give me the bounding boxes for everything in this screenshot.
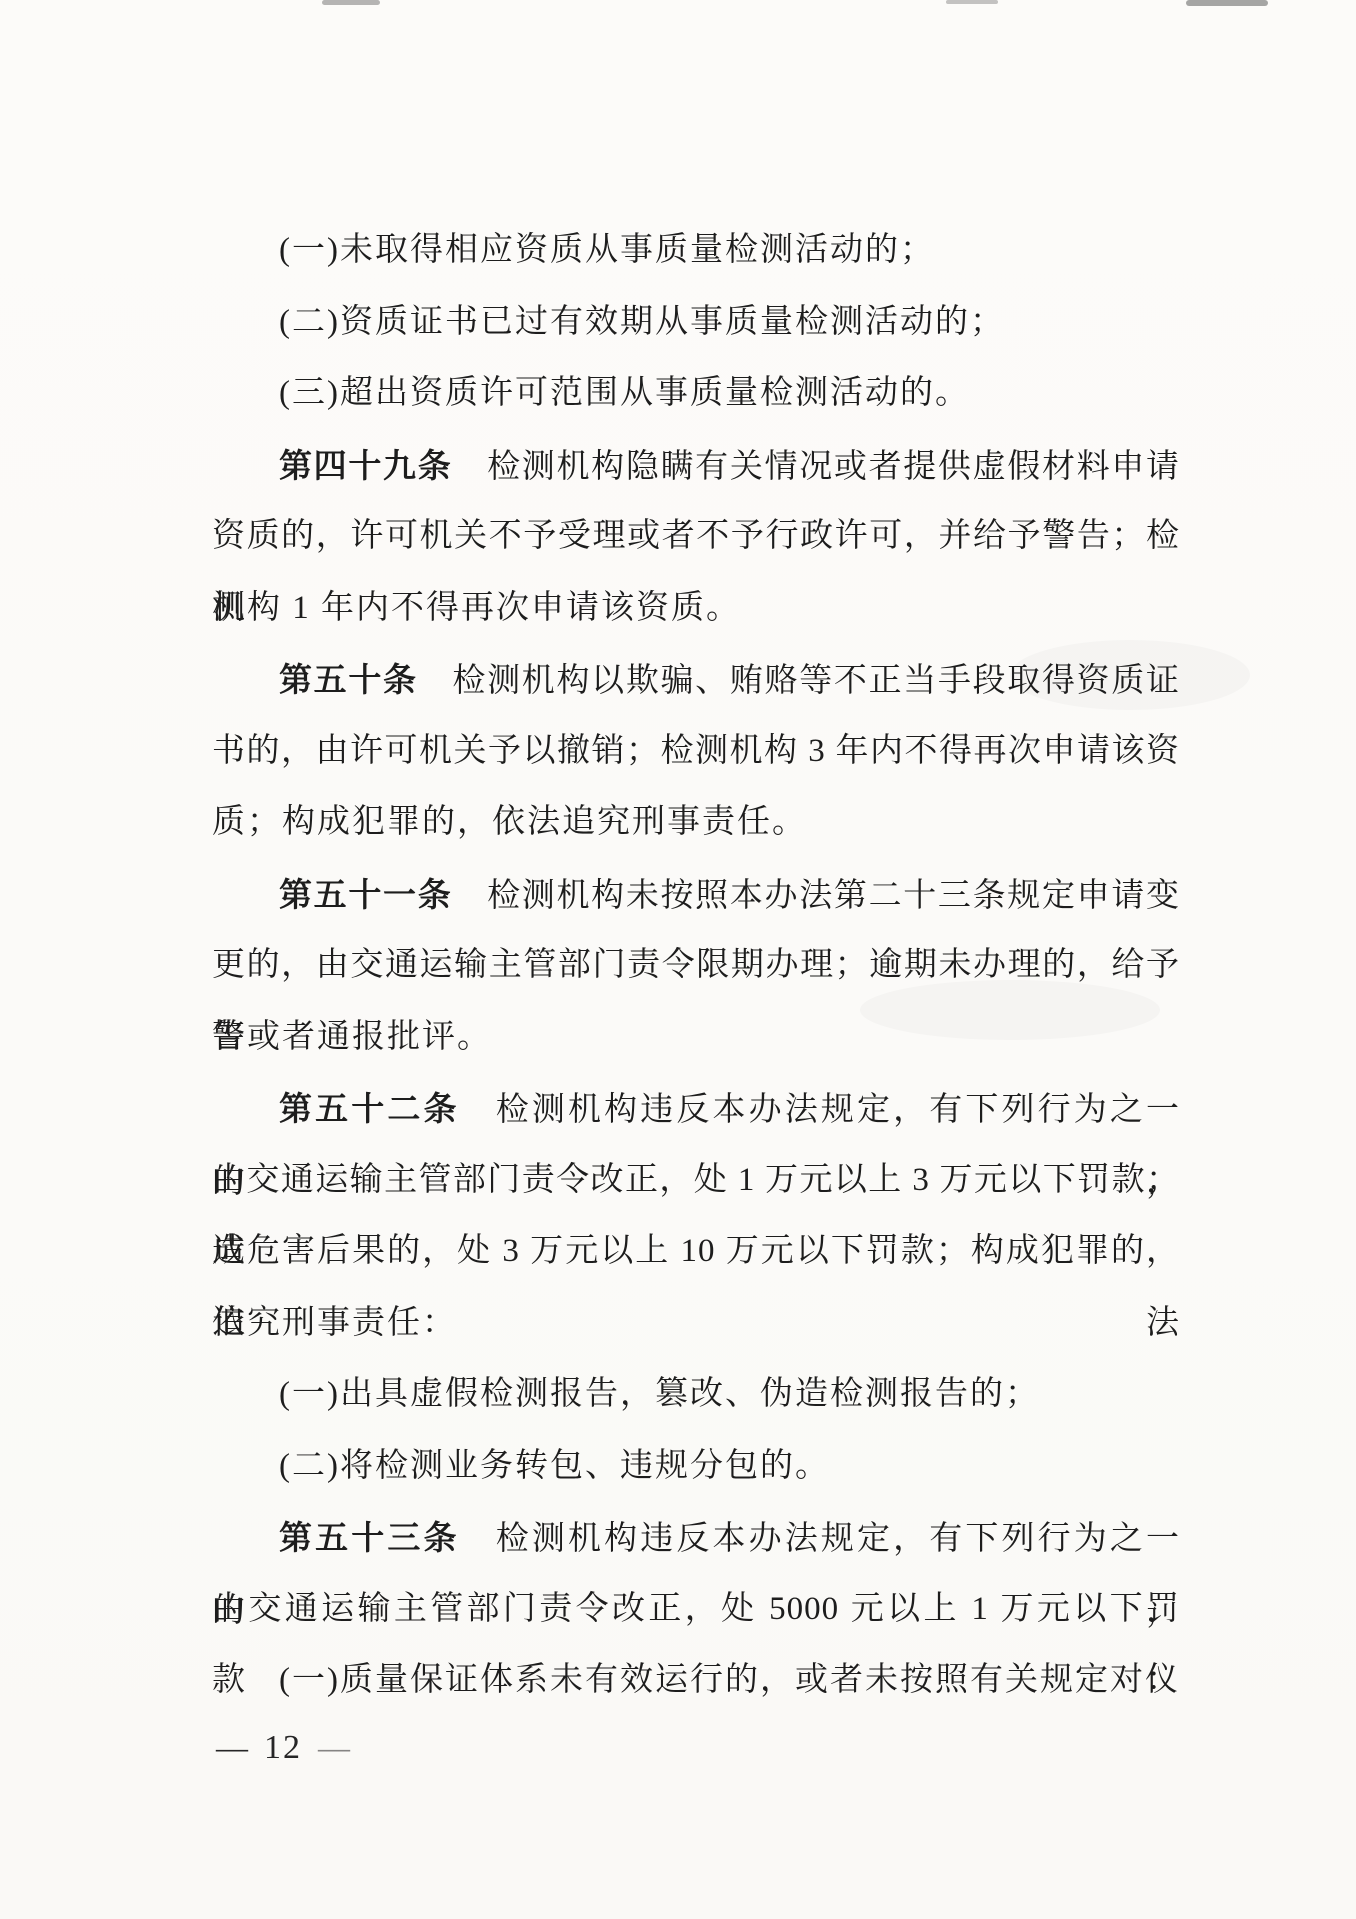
text-line: 由交通运输主管部门责令改正，处 1 万元以上 3 万元以下罚款；造 [212,1145,1180,1217]
line-text: 检测机构未按照本办法第二十三条规定申请变 [487,878,1180,914]
document-body: (一)未取得相应资质从事质量检测活动的；(二)资质证书已过有效期从事质量检测活动… [212,215,1180,1717]
article-number: 第五十三条 [279,1519,460,1556]
text-line: 由交通运输主管部门责令改正，处 5000 元以上 1 万元以下罚款： [212,1574,1180,1646]
line-text: 检测机构以欺骗、贿赂等不正当手段取得资质证 [452,663,1180,699]
text-line: (二)资质证书已过有效期从事质量检测活动的； [212,287,1180,359]
scan-artifact [322,0,380,5]
text-line: 告或者通报批评。 [212,1002,1180,1074]
page-number: 12 [264,1729,302,1766]
text-line: 机构 1 年内不得再次申请该资质。 [212,573,1180,645]
article-number: 第四十九条 [279,447,452,484]
article-line: 第五十一条 检测机构未按照本办法第二十三条规定申请变 [212,859,1180,931]
scan-artifact [1186,0,1268,6]
footer-dash-left: — [216,1729,248,1765]
line-text: 检测机构隐瞒有关情况或者提供虚假材料申请 [487,449,1180,485]
text-line: (一)出具虚假检测报告，篡改、伪造检测报告的； [212,1359,1180,1431]
article-number: 第五十一条 [279,876,452,913]
text-line: (一)未取得相应资质从事质量检测活动的； [212,215,1180,287]
document-page: (一)未取得相应资质从事质量检测活动的；(二)资质证书已过有效期从事质量检测活动… [0,0,1356,1919]
article-line: 第五十二条 检测机构违反本办法规定，有下列行为之一的， [212,1073,1180,1145]
scan-artifact [946,0,998,4]
text-line: (二)将检测业务转包、违规分包的。 [212,1431,1180,1503]
text-line: 资质的，许可机关不予受理或者不予行政许可，并给予警告；检测 [212,501,1180,573]
footer-dash-right: — [318,1729,350,1765]
article-line: 第四十九条 检测机构隐瞒有关情况或者提供虚假材料申请 [212,430,1180,502]
text-line: 质；构成犯罪的，依法追究刑事责任。 [212,787,1180,859]
text-line: 书的，由许可机关予以撤销；检测机构 3 年内不得再次申请该资 [212,716,1180,788]
text-line: (三)超出资质许可范围从事质量检测活动的。 [212,358,1180,430]
page-footer: —12— [216,1722,350,1772]
article-number: 第五十条 [279,661,418,698]
text-line: (一)质量保证体系未有效运行的，或者未按照有关规定对仪 [212,1645,1180,1717]
text-line: 更的，由交通运输主管部门责令限期办理；逾期未办理的，给予警 [212,930,1180,1002]
article-line: 第五十条 检测机构以欺骗、贿赂等不正当手段取得资质证 [212,644,1180,716]
article-number: 第五十二条 [279,1090,460,1127]
article-line: 第五十三条 检测机构违反本办法规定，有下列行为之一的， [212,1502,1180,1574]
text-line: 成危害后果的，处 3 万元以上 10 万元以下罚款；构成犯罪的，依法 [212,1216,1180,1288]
